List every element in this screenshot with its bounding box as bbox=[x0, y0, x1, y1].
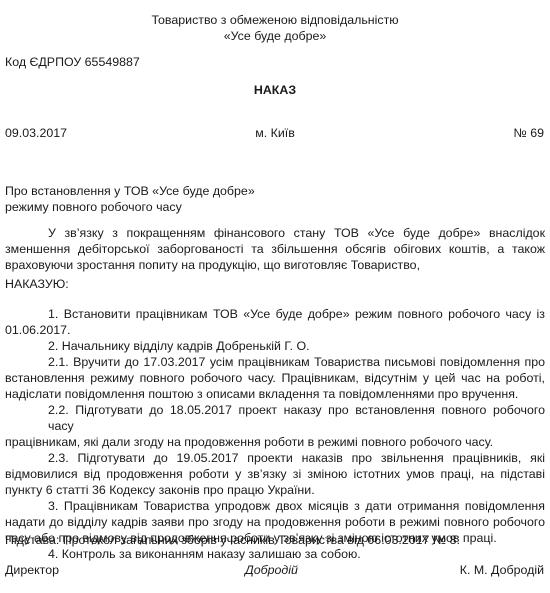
org-name-line1: Товариство з обмеженою відповідальністю bbox=[0, 12, 550, 28]
signatory-name: К. М. Добродій bbox=[460, 562, 544, 578]
order-item-2-2: 2.2. Підготувати до 18.05.2017 проект на… bbox=[5, 402, 545, 450]
preamble: У зв’язку з покращенням фінансового стан… bbox=[5, 225, 545, 273]
preamble-line: зменшення дебіторської заборгованості та… bbox=[5, 241, 545, 257]
subject-line1: Про встановлення у ТОВ «Усе буде добре» bbox=[5, 183, 255, 199]
basis: Підстава: Протокол загальних зборів учас… bbox=[5, 532, 460, 548]
order-item-1: 1. Встановити працівникам ТОВ «Усе буде … bbox=[5, 306, 545, 338]
order-number: № 69 bbox=[513, 125, 544, 141]
order-word: НАКАЗУЮ: bbox=[5, 276, 69, 292]
order-item-4: 4. Контроль за виконанням наказу залишаю… bbox=[5, 546, 545, 562]
signature-position: Директор bbox=[5, 562, 59, 578]
document-title: НАКАЗ bbox=[0, 82, 550, 98]
subject-line2: режиму повного робочого часу bbox=[5, 199, 182, 215]
order-items: 1. Встановити працівникам ТОВ «Усе буде … bbox=[5, 306, 545, 562]
order-place: м. Київ bbox=[0, 125, 550, 141]
order-item-2: 2. Начальнику відділу кадрів Добренькій … bbox=[5, 338, 545, 354]
preamble-line: враховуючи зростання попиту на продукцію… bbox=[5, 257, 545, 273]
order-item-2-1: 2.1. Вручити до 17.03.2017 усім працівни… bbox=[5, 354, 545, 402]
signature-mark: Добродій bbox=[245, 562, 298, 578]
edrpou-code: Код ЄДРПОУ 65549887 bbox=[5, 54, 140, 70]
org-name-line2: «Усе буде добре» bbox=[0, 28, 550, 44]
preamble-line: У зв’язку з покращенням фінансового стан… bbox=[5, 225, 545, 241]
order-item-2-3: 2.3. Підготувати до 19.05.2017 проекти н… bbox=[5, 450, 545, 498]
